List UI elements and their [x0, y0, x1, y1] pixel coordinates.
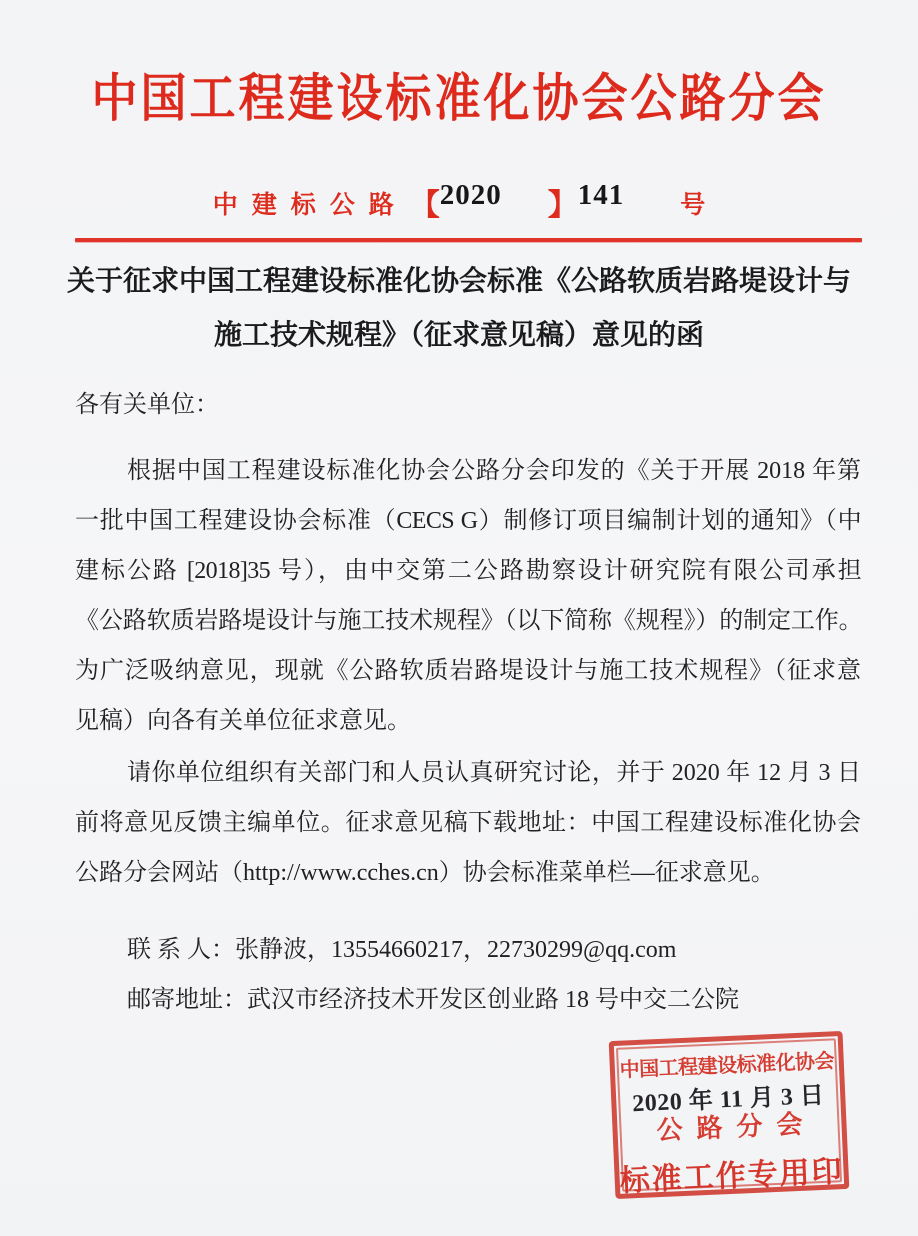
doc-number-serial: 141 — [578, 179, 625, 211]
document-title-line1: 关于征求中国工程建设标准化协会标准《公路软质岩路堤设计与 — [0, 254, 918, 308]
letter-body: 各有关单位： 根据中国工程建设标准化协会公路分会印发的《关于开展 2018 年第… — [75, 380, 861, 1025]
contact-block: 联 系 人：张静波，13554660217，22730299@qq.com 邮寄… — [75, 925, 861, 1025]
paragraph-2-line: 公路分会网站（http://www.cches.cn）协会标准菜单栏—征求意见。 — [75, 848, 861, 898]
paragraph-1-line: 根据中国工程建设标准化协会公路分会印发的《关于开展 2018 年第 — [75, 446, 861, 496]
official-seal-stamp: 中国工程建设标准化协会 2020 年 11 月 3 日 公路分会 标准工作专用印 — [609, 1031, 850, 1199]
document-title-line2: 施工技术规程》（征求意见稿）意见的函 — [0, 308, 918, 362]
salutation: 各有关单位： — [75, 380, 861, 430]
doc-number-right-bracket: 】 — [548, 189, 578, 222]
doc-number-prefix: 中建标公路 — [213, 192, 408, 219]
red-divider-rule — [75, 238, 862, 242]
document-number: 中建标公路【2020】141号 — [0, 178, 918, 222]
paragraph-2-line: 前将意见反馈主编单位。征求意见稿下载地址：中国工程建设标准化协会 — [75, 798, 861, 848]
letterhead-org-name: 中国工程建设标准化协会公路分会 — [0, 58, 918, 132]
paragraph-1-line: 《公路软质岩路堤设计与施工技术规程》（以下简称《规程》）的制定工作。 — [75, 596, 861, 646]
seal-purpose-text: 标准工作专用印 — [619, 1146, 845, 1200]
scanned-official-letter: 中国工程建设标准化协会公路分会 中建标公路【2020】141号 关于征求中国工程… — [0, 0, 918, 1236]
document-title: 关于征求中国工程建设标准化协会标准《公路软质岩路堤设计与 施工技术规程》（征求意… — [0, 254, 918, 362]
contact-person-line: 联 系 人：张静波，13554660217，22730299@qq.com — [75, 925, 861, 975]
paragraph-1-line: 建标公路 [2018]35 号），由中交第二公路勘察设计研究院有限公司承担 — [75, 546, 861, 596]
paragraph-2-line: 请你单位组织有关部门和人员认真研究讨论，并于 2020 年 12 月 3 日 — [75, 748, 861, 798]
paragraph-1-line: 见稿）向各有关单位征求意见。 — [75, 696, 861, 746]
mailing-address-line: 邮寄地址：武汉市经济技术开发区创业路 18 号中交二公院 — [75, 975, 861, 1025]
paragraph-1-line: 一批中国工程建设协会标准（CECS G）制修订项目编制计划的通知》（中 — [75, 496, 861, 546]
paragraph-2: 请你单位组织有关部门和人员认真研究讨论，并于 2020 年 12 月 3 日 前… — [75, 748, 861, 898]
doc-number-suffix: 号 — [680, 192, 705, 219]
doc-number-left-bracket: 【 — [410, 189, 440, 222]
doc-number-year: 2020 — [440, 179, 502, 211]
paragraph-1-line: 为广泛吸纳意见，现就《公路软质岩路堤设计与施工技术规程》（征求意 — [75, 646, 861, 696]
paragraph-1: 根据中国工程建设标准化协会公路分会印发的《关于开展 2018 年第 一批中国工程… — [75, 446, 861, 746]
